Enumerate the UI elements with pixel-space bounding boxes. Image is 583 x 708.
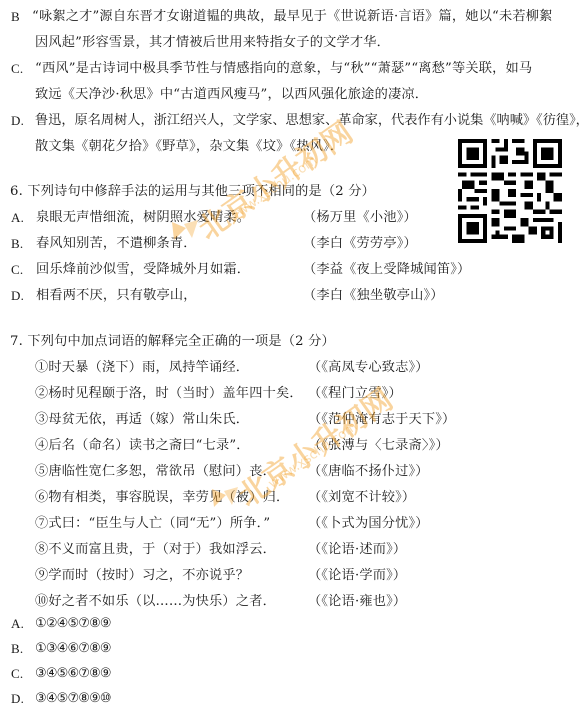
option-source: （李益《夜上受降城闻笛》） [303,261,470,279]
item-source: （《张溥与〈七录斋〉》） [308,437,449,455]
item-text: ⑥物有相类，事容脱误，幸劳见（被）归． [35,489,289,507]
item-source: （《论语·述而》） [308,541,406,559]
option-source: （李白《劳劳亭》） [303,235,417,253]
item-text: ⑧不义而富且贵，于（对于）我如浮云． [35,541,276,559]
option-label: A. [11,615,24,633]
option-text: ①③④⑥⑦⑧⑨ [35,640,111,658]
option-text-line2: 因风起”形容雪景，其才情被后世用来特指女子的文学才华． [35,34,390,52]
option-text: 回乐烽前沙似雪，受降城外月如霜． [36,261,250,279]
option-text-line2: 致远《天净沙·秋思》中“古道西风瘦马”，以西风强化旅途的凄凉． [35,86,428,104]
qr-code-icon [458,138,562,244]
question-title: 7. 下列句中加点词语的解释完全正确的一项是（2 分） [10,333,335,351]
option-label: B [11,8,20,26]
item-source: （《唐临不扬仆过》） [308,463,429,481]
option-text: ③④⑤⑦⑧⑨⑩ [35,690,111,708]
option-text-line1: “咏絮之才”源自东晋才女谢道韫的典故，最早见于《世说新语·言语》篇，她以“未若柳… [32,8,553,26]
option-text-line1: “西风”是古诗词中极具季节性与情感指向的意象，与“秋”“萧瑟”“离愁”等关联，如… [35,60,532,78]
item-text: ⑤唐临性宽仁多恕，常欲吊（慰问）丧． [35,463,276,481]
option-label: C. [11,261,23,279]
option-label: D. [11,112,24,130]
item-source: （《高凤专心致志》） [308,359,429,377]
option-source: （李白《独坐敬亭山》） [303,287,444,305]
option-source: （杨万里《小池》） [303,209,417,227]
item-text: ④后名（命名）读书之斋曰“七录”． [35,437,250,455]
option-label: C. [11,60,23,78]
option-label: D. [11,690,24,708]
option-text-line1: 鲁迅，原名周树人，浙江绍兴人，文学家、思想家、革命家，代表作有小说集《呐喊》《彷… [35,112,583,130]
option-text-line2: 散文集《朝花夕拾》《野草》，杂文集《坟》《热风》． [35,138,343,156]
item-source: （《刘宽不计较》） [308,489,415,507]
option-text: 泉眼无声惜细流，树阴照水爱晴柔。 [36,209,250,227]
item-source: （《程门立雪》） [308,385,402,403]
item-source: （《论语·学而》） [308,567,406,585]
option-label: B. [11,640,23,658]
item-source: （《卜式为国分忧》） [308,515,429,533]
item-text: ⑨学而时（按时）习之，不亦说乎？ [35,567,249,585]
item-text: ②杨时见程颐于洛，时（当时）盖年四十矣． [35,385,303,403]
option-text: ③④⑤⑥⑦⑧⑨ [35,665,111,683]
item-source: （《范仲淹有志于天下》） [308,411,455,429]
option-label: B. [11,235,23,253]
option-label: C. [11,665,23,683]
item-text: ⑦式曰：“臣生与人亡（同“无”）所争．” [35,515,270,533]
option-label: D. [11,287,24,305]
option-label: A. [11,209,24,227]
item-text: ⑩好之者不如乐（以……为快乐）之者． [35,593,276,611]
question-title: 6. 下列诗句中修辞手法的运用与其他三项不相同的是（2 分） [10,183,375,201]
item-text: ③母贫无依，再适（嫁）常山朱氏． [35,411,249,429]
option-text: 相看两不厌，只有敬亭山， [36,287,197,305]
option-text: ①②④⑤⑦⑧⑨ [35,615,111,633]
item-text: ①时天暴（浇下）雨，凤持竿诵经． [35,359,249,377]
option-text: 春风知别苦，不遣柳条青． [36,235,197,253]
item-source: （《论语·雍也》） [308,593,406,611]
